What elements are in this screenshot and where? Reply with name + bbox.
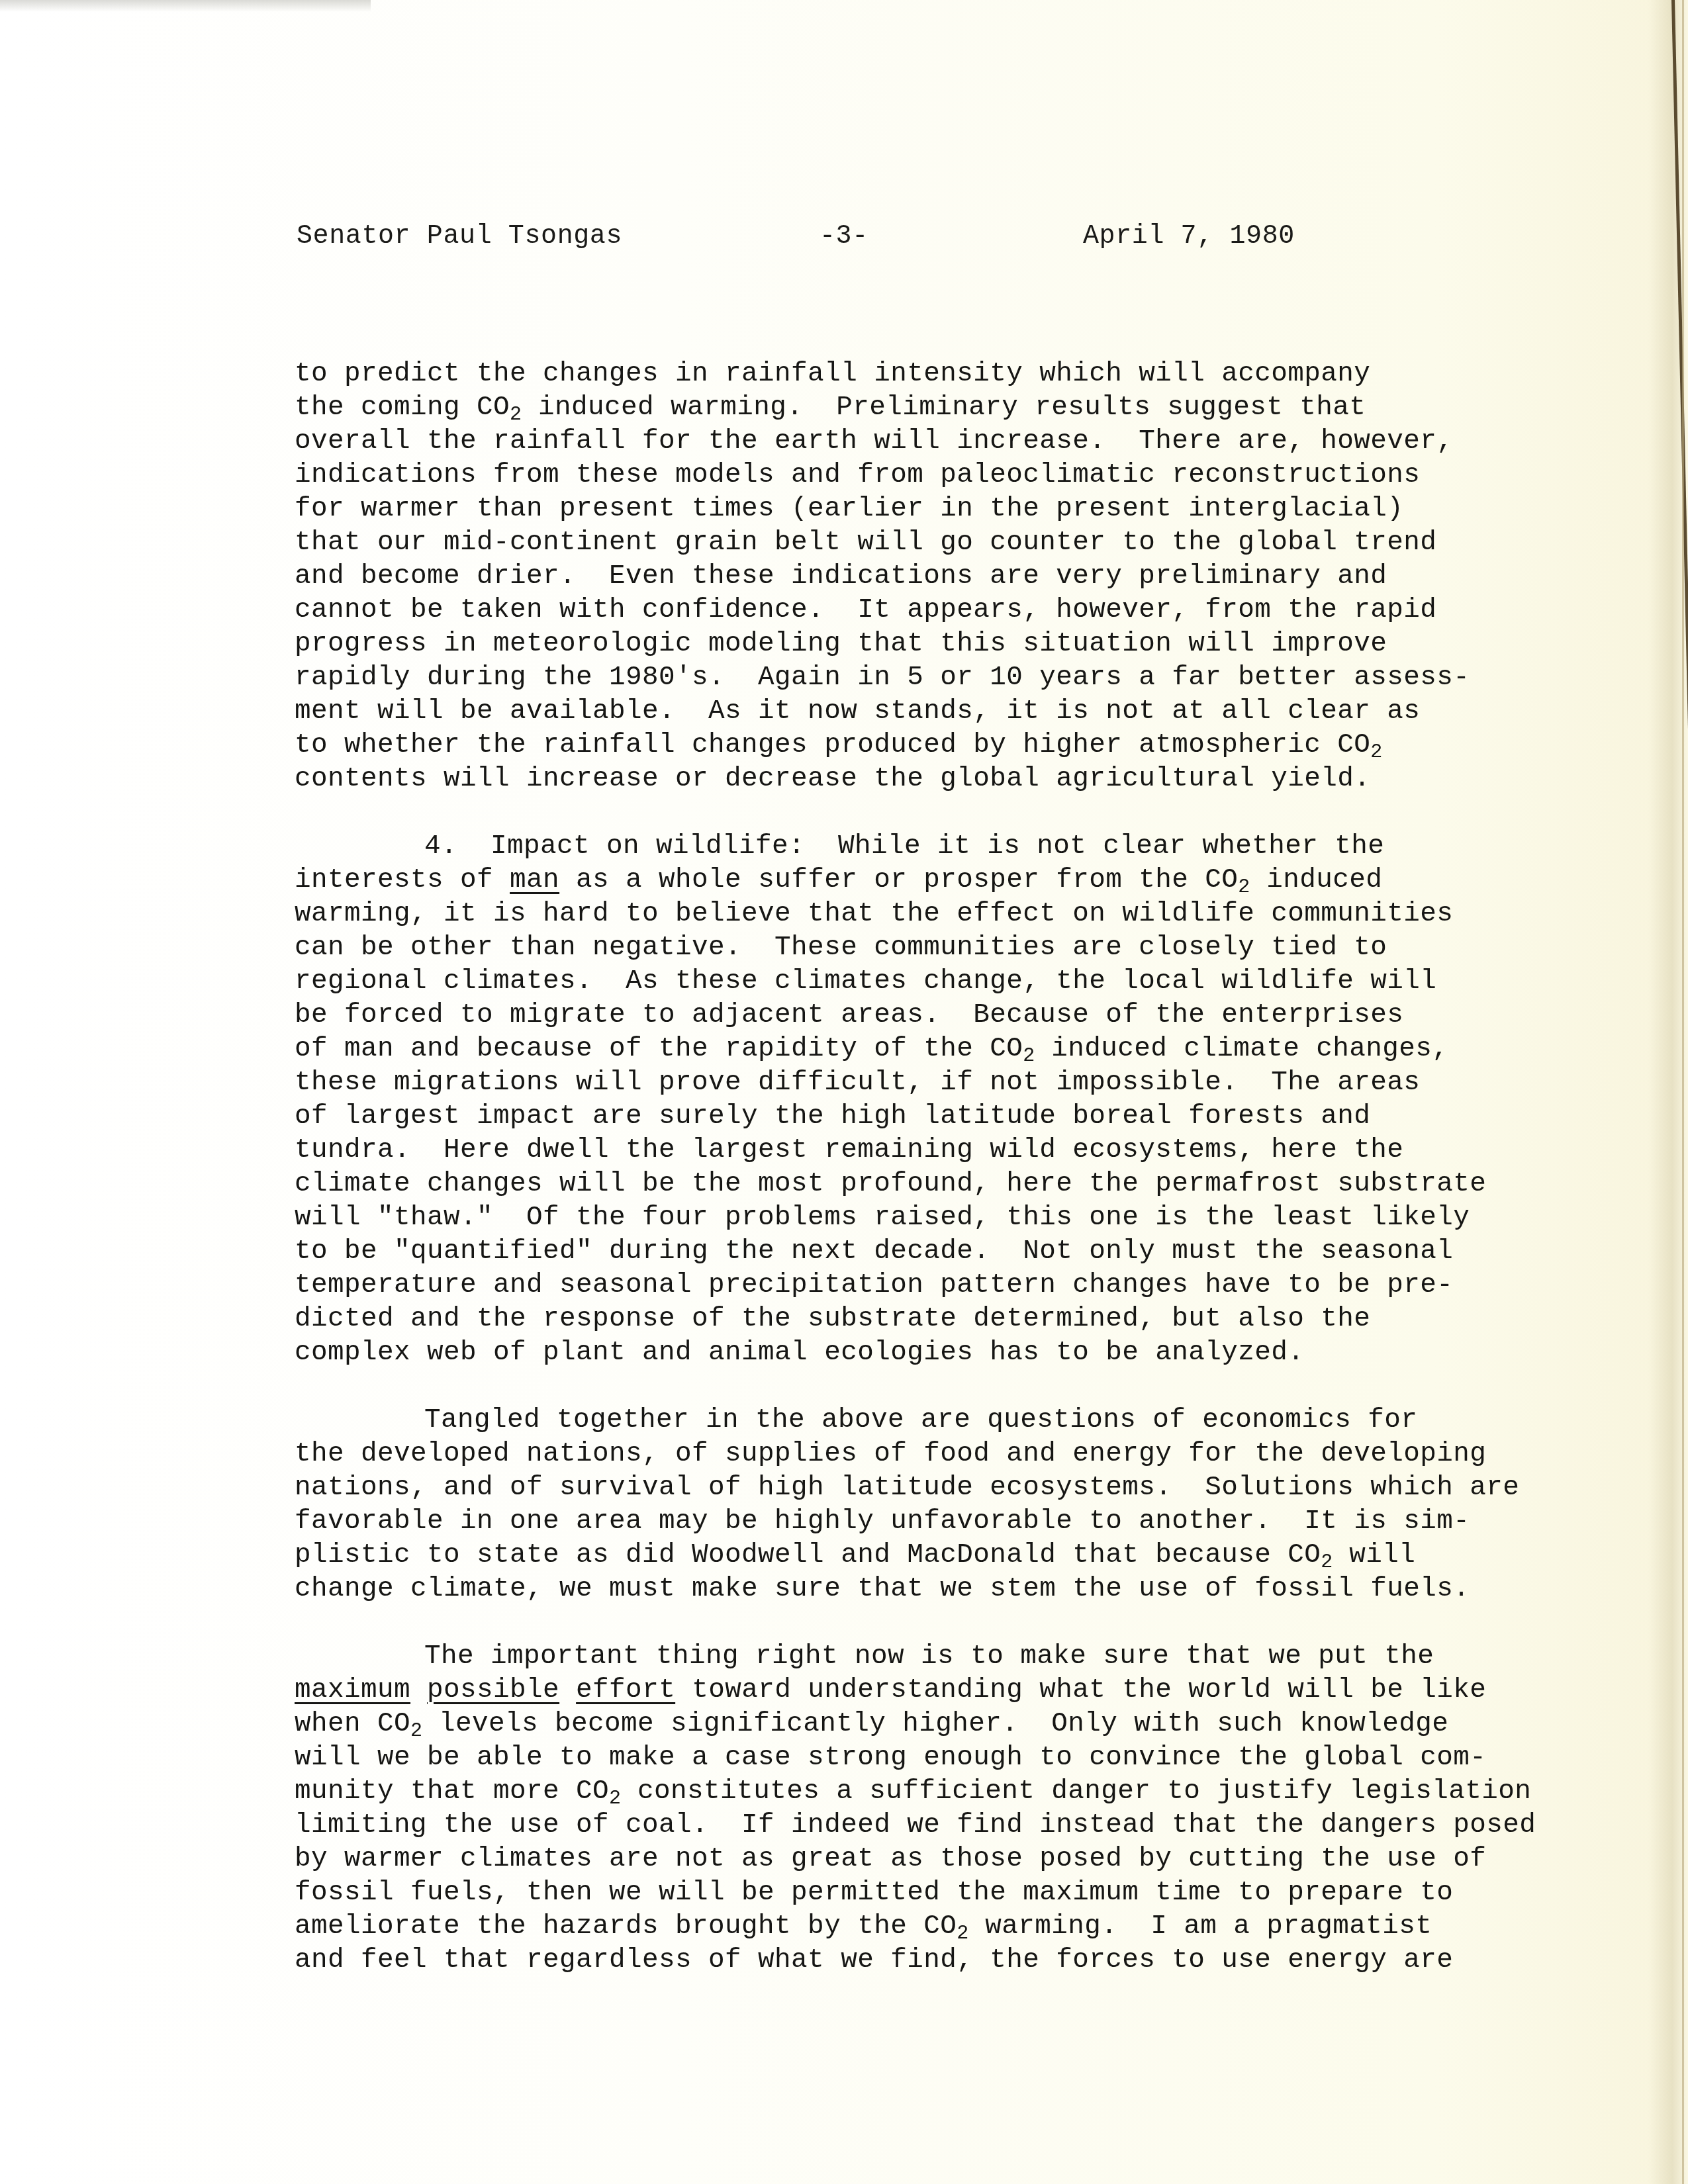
document-page: Senator Paul Tsongas -3- April 7, 1980 t… — [0, 0, 1688, 2184]
text-line: dicted and the response of the substrate… — [295, 1302, 1552, 1336]
text-line: tundra. Here dwell the largest remaining… — [295, 1134, 1552, 1167]
text-line: ment will be available. As it now stands… — [295, 695, 1552, 729]
subscript: 2 — [410, 1720, 422, 1743]
text-line: and become drier. Even these indications… — [295, 560, 1552, 594]
text-line: will "thaw." Of the four problems raised… — [295, 1201, 1552, 1235]
subscript: 2 — [510, 404, 522, 426]
underlined-word: effort — [576, 1675, 675, 1706]
text-line: The important thing right now is to make… — [295, 1640, 1552, 1674]
text-line: climate changes will be the most profoun… — [295, 1167, 1552, 1201]
text-line: nations, and of survival of high latitud… — [295, 1471, 1552, 1505]
paragraph-important-thing: The important thing right now is to make… — [295, 1640, 1552, 1978]
paragraph-tangled: Tangled together in the above are questi… — [295, 1404, 1552, 1606]
text-line: and feel that regardless of what we find… — [295, 1944, 1552, 1978]
text-line: plistic to state as did Woodwell and Mac… — [295, 1539, 1552, 1572]
text-line: these migrations will prove difficult, i… — [295, 1066, 1552, 1100]
letter-header: Senator Paul Tsongas -3- April 7, 1980 — [297, 222, 1356, 255]
text-line: rapidly during the 1980's. Again in 5 or… — [295, 661, 1552, 695]
header-date: April 7, 1980 — [1083, 222, 1295, 251]
text-line: limiting the use of coal. If indeed we f… — [295, 1809, 1552, 1843]
text-line: ameliorate the hazards brought by the CO… — [295, 1910, 1552, 1944]
text-line: to predict the changes in rainfall inten… — [295, 357, 1552, 391]
text-line: of man and because of the rapidity of th… — [295, 1032, 1552, 1066]
text-line: of largest impact are surely the high la… — [295, 1100, 1552, 1134]
text-line: the coming CO2 induced warming. Prelimin… — [295, 391, 1552, 425]
page-edge-underlay — [1682, 0, 1684, 2184]
header-recipient: Senator Paul Tsongas — [297, 222, 622, 251]
subscript: 2 — [1321, 1551, 1333, 1574]
text-line: change climate, we must make sure that w… — [295, 1572, 1552, 1606]
text-line: will we be able to make a case strong en… — [295, 1741, 1552, 1775]
text-line: be forced to migrate to adjacent areas. … — [295, 999, 1552, 1032]
subscript: 2 — [1023, 1045, 1035, 1068]
subscript: 2 — [1370, 741, 1382, 764]
underlined-word: man — [510, 865, 559, 895]
subscript: 2 — [1238, 876, 1250, 899]
underlined-word: maximum — [295, 1675, 410, 1706]
text-line: that our mid-continent grain belt will g… — [295, 526, 1552, 560]
text-line: by warmer climates are not as great as t… — [295, 1843, 1552, 1876]
text-line: regional climates. As these climates cha… — [295, 965, 1552, 999]
paragraph-rainfall: to predict the changes in rainfall inten… — [295, 357, 1552, 796]
paragraph-wildlife: 4. Impact on wildlife: While it is not c… — [295, 830, 1552, 1370]
text-line: Tangled together in the above are questi… — [295, 1404, 1552, 1437]
text-line: complex web of plant and animal ecologie… — [295, 1336, 1552, 1370]
text-line: fossil fuels, then we will be permitted … — [295, 1876, 1552, 1910]
text-line: maximum possible effort toward understan… — [295, 1674, 1552, 1707]
text-line: cannot be taken with confidence. It appe… — [295, 594, 1552, 627]
text-line: to be "quantified" during the next decad… — [295, 1235, 1552, 1269]
text-line: interests of man as a whole suffer or pr… — [295, 864, 1552, 897]
subscript: 2 — [957, 1923, 968, 1945]
text-line: the developed nations, of supplies of fo… — [295, 1437, 1552, 1471]
text-line: when CO2 levels become significantly hig… — [295, 1707, 1552, 1741]
letter-body: to predict the changes in rainfall inten… — [295, 357, 1552, 1978]
underlined-word: possible — [427, 1675, 559, 1706]
text-line: overall the rainfall for the earth will … — [295, 425, 1552, 459]
text-line: warming, it is hard to believe that the … — [295, 897, 1552, 931]
text-line: indications from these models and from p… — [295, 459, 1552, 492]
text-line: contents will increase or decrease the g… — [295, 762, 1552, 796]
text-line: can be other than negative. These commun… — [295, 931, 1552, 965]
text-line: progress in meteorologic modeling that t… — [295, 627, 1552, 661]
text-line: temperature and seasonal precipitation p… — [295, 1269, 1552, 1302]
text-line: 4. Impact on wildlife: While it is not c… — [295, 830, 1552, 864]
subscript: 2 — [609, 1788, 621, 1810]
text-line: favorable in one area may be highly unfa… — [295, 1505, 1552, 1539]
text-line: for warmer than present times (earlier i… — [295, 492, 1552, 526]
header-page-number: -3- — [820, 222, 868, 251]
text-line: munity that more CO2 constitutes a suffi… — [295, 1775, 1552, 1809]
scan-shadow — [0, 0, 371, 12]
text-line: to whether the rainfall changes produced… — [295, 729, 1552, 762]
